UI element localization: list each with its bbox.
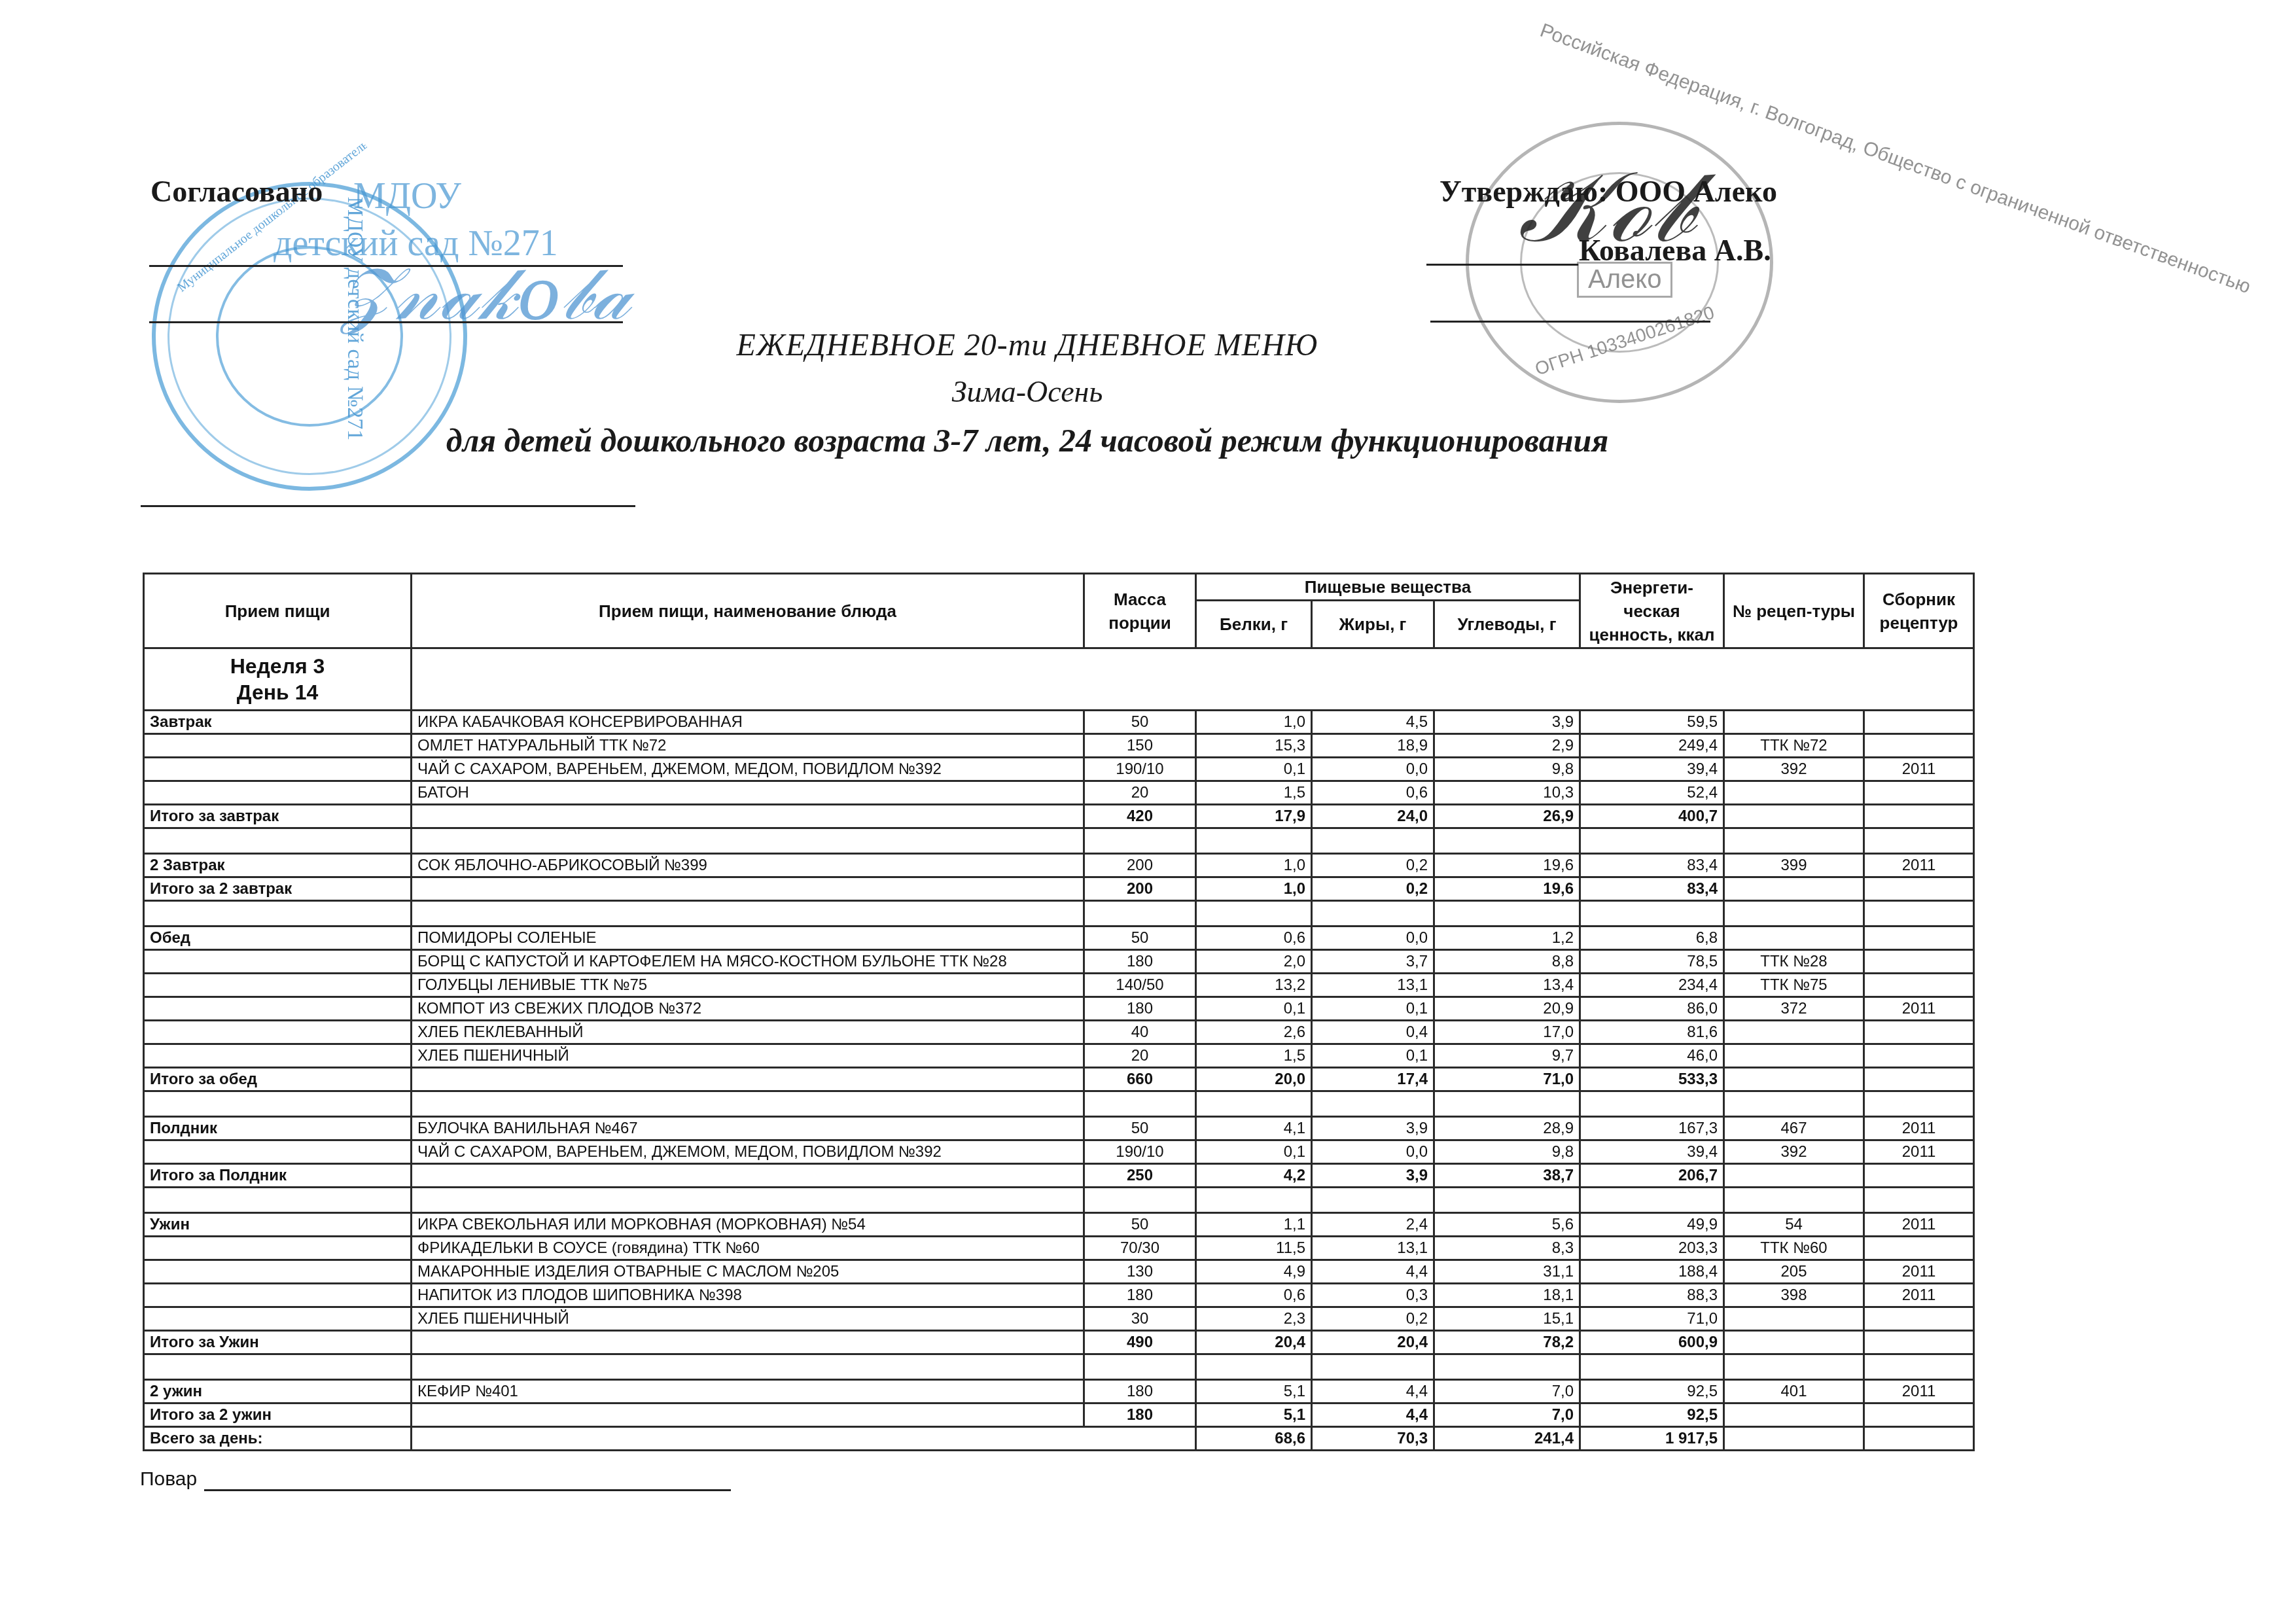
dish-collection xyxy=(1864,711,1974,734)
empty-cell xyxy=(1084,1354,1196,1380)
dish-fat: 4,4 xyxy=(1312,1380,1434,1403)
empty-cell xyxy=(412,1427,1196,1451)
dish-name: ОМЛЕТ НАТУРАЛЬНЫЙ ТТК №72 xyxy=(412,734,1084,758)
total-label: Итого за завтрак xyxy=(144,805,412,828)
dish-mass: 50 xyxy=(1084,927,1196,950)
dish-energy: 188,4 xyxy=(1580,1260,1724,1284)
empty-cell xyxy=(1580,828,1724,854)
spacer-row xyxy=(144,1091,1974,1117)
empty-cell xyxy=(1196,1091,1312,1117)
dish-energy: 39,4 xyxy=(1580,758,1724,781)
dish-collection xyxy=(1864,974,1974,997)
dish-collection xyxy=(1864,950,1974,974)
dish-collection: 2011 xyxy=(1864,1213,1974,1237)
col-header-meal: Прием пищи xyxy=(144,574,412,648)
total-carbs: 7,0 xyxy=(1434,1403,1580,1427)
dish-carbs: 15,1 xyxy=(1434,1307,1580,1331)
dish-recipe: 398 xyxy=(1724,1284,1864,1307)
total-protein: 1,0 xyxy=(1196,877,1312,901)
dish-mass: 150 xyxy=(1084,734,1196,758)
empty-cell xyxy=(1580,1188,1724,1213)
dish-collection xyxy=(1864,1307,1974,1331)
empty-cell xyxy=(412,1354,1084,1380)
dish-collection: 2011 xyxy=(1864,758,1974,781)
empty-cell xyxy=(1312,1188,1434,1213)
col-header-energy: Энергети-ческая ценность, ккал xyxy=(1580,574,1724,648)
dish-collection: 2011 xyxy=(1864,854,1974,877)
dish-carbs: 9,8 xyxy=(1434,758,1580,781)
empty-cell xyxy=(412,877,1084,901)
empty-cell xyxy=(144,997,412,1021)
week-day-row: Неделя 3 День 14 xyxy=(144,648,1974,711)
dish-collection: 2011 xyxy=(1864,997,1974,1021)
col-header-protein: Белки, г xyxy=(1196,601,1312,648)
empty-cell xyxy=(1724,1164,1864,1188)
empty-cell xyxy=(144,974,412,997)
empty-cell xyxy=(412,1164,1084,1188)
total-carbs: 38,7 xyxy=(1434,1164,1580,1188)
total-carbs: 71,0 xyxy=(1434,1068,1580,1091)
empty-cell xyxy=(1724,1331,1864,1354)
dish-name: СОК ЯБЛОЧНО-АБРИКОСОВЫЙ №399 xyxy=(412,854,1084,877)
dish-recipe xyxy=(1724,1021,1864,1044)
dish-mass: 190/10 xyxy=(1084,758,1196,781)
empty-cell xyxy=(1196,1188,1312,1213)
signature-line-left-2 xyxy=(149,321,623,323)
dish-mass: 50 xyxy=(1084,1117,1196,1140)
empty-cell xyxy=(1434,901,1580,927)
dish-collection xyxy=(1864,1044,1974,1068)
meal-name: Завтрак xyxy=(144,711,412,734)
empty-cell xyxy=(412,828,1084,854)
dish-carbs: 17,0 xyxy=(1434,1021,1580,1044)
total-fat: 24,0 xyxy=(1312,805,1434,828)
meal-name: 2 ужин xyxy=(144,1380,412,1403)
total-carbs: 26,9 xyxy=(1434,805,1580,828)
total-label: Итого за 2 ужин xyxy=(144,1403,412,1427)
dish-mass: 30 xyxy=(1084,1307,1196,1331)
empty-cell xyxy=(1196,828,1312,854)
empty-cell xyxy=(1312,828,1434,854)
dish-name: ЧАЙ С САХАРОМ, ВАРЕНЬЕМ, ДЖЕМОМ, МЕДОМ, … xyxy=(412,1140,1084,1164)
dish-recipe: ТТК №72 xyxy=(1724,734,1864,758)
dish-name: БАТОН xyxy=(412,781,1084,805)
dish-collection: 2011 xyxy=(1864,1380,1974,1403)
dish-name: КОМПОТ ИЗ СВЕЖИХ ПЛОДОВ №372 xyxy=(412,997,1084,1021)
total-label: Итого за 2 завтрак xyxy=(144,877,412,901)
dish-mass: 180 xyxy=(1084,950,1196,974)
dish-row: ФРИКАДЕЛЬКИ В СОУСЕ (говядина) ТТК №6070… xyxy=(144,1237,1974,1260)
dish-row: ОМЛЕТ НАТУРАЛЬНЫЙ ТТК №7215015,318,92,92… xyxy=(144,734,1974,758)
dish-carbs: 10,3 xyxy=(1434,781,1580,805)
empty-cell xyxy=(1864,877,1974,901)
dish-carbs: 8,3 xyxy=(1434,1237,1580,1260)
dish-carbs: 7,0 xyxy=(1434,1380,1580,1403)
dish-carbs: 3,9 xyxy=(1434,711,1580,734)
empty-cell xyxy=(1724,805,1864,828)
dish-recipe: 205 xyxy=(1724,1260,1864,1284)
dish-carbs: 18,1 xyxy=(1434,1284,1580,1307)
dish-mass: 50 xyxy=(1084,1213,1196,1237)
total-protein: 4,2 xyxy=(1196,1164,1312,1188)
dish-energy: 6,8 xyxy=(1580,927,1724,950)
dish-recipe: ТТК №75 xyxy=(1724,974,1864,997)
total-carbs: 78,2 xyxy=(1434,1331,1580,1354)
total-energy: 206,7 xyxy=(1580,1164,1724,1188)
dish-recipe xyxy=(1724,781,1864,805)
dish-protein: 11,5 xyxy=(1196,1237,1312,1260)
empty-cell xyxy=(1196,901,1312,927)
meal-total-row: Итого за 2 завтрак2001,00,219,683,4 xyxy=(144,877,1974,901)
col-header-carbs: Углеводы, г xyxy=(1434,601,1580,648)
dish-energy: 234,4 xyxy=(1580,974,1724,997)
week-label: Неделя 3 xyxy=(150,653,405,679)
empty-cell xyxy=(1084,1188,1196,1213)
dish-fat: 0,2 xyxy=(1312,1307,1434,1331)
dish-mass: 180 xyxy=(1084,997,1196,1021)
dish-mass: 200 xyxy=(1084,854,1196,877)
empty-cell xyxy=(1864,1331,1974,1354)
dish-energy: 49,9 xyxy=(1580,1213,1724,1237)
empty-cell xyxy=(144,950,412,974)
spacer-row xyxy=(144,828,1974,854)
dish-energy: 92,5 xyxy=(1580,1380,1724,1403)
total-mass: 660 xyxy=(1084,1068,1196,1091)
spacer-row xyxy=(144,901,1974,927)
dish-carbs: 9,8 xyxy=(1434,1140,1580,1164)
empty-cell xyxy=(1084,901,1196,927)
total-label: Итого за Ужин xyxy=(144,1331,412,1354)
dish-recipe: 54 xyxy=(1724,1213,1864,1237)
total-carbs: 19,6 xyxy=(1434,877,1580,901)
dish-protein: 1,1 xyxy=(1196,1213,1312,1237)
dish-name: НАПИТОК ИЗ ПЛОДОВ ШИПОВНИКА №398 xyxy=(412,1284,1084,1307)
dish-protein: 0,6 xyxy=(1196,927,1312,950)
total-fat: 4,4 xyxy=(1312,1403,1434,1427)
total-energy: 400,7 xyxy=(1580,805,1724,828)
day-total-carbs: 241,4 xyxy=(1434,1427,1580,1451)
dish-mass: 50 xyxy=(1084,711,1196,734)
dish-recipe: 467 xyxy=(1724,1117,1864,1140)
dish-mass: 190/10 xyxy=(1084,1140,1196,1164)
dish-protein: 2,0 xyxy=(1196,950,1312,974)
stamp-overlay-text: МДОУ xyxy=(353,175,461,217)
total-fat: 20,4 xyxy=(1312,1331,1434,1354)
dish-fat: 4,4 xyxy=(1312,1260,1434,1284)
empty-cell xyxy=(1864,1188,1974,1213)
dish-energy: 167,3 xyxy=(1580,1117,1724,1140)
approved-right-signatory: Ковалева А.В. xyxy=(1579,233,1771,268)
dish-carbs: 8,8 xyxy=(1434,950,1580,974)
dish-protein: 1,0 xyxy=(1196,711,1312,734)
dish-collection xyxy=(1864,734,1974,758)
dish-recipe: 392 xyxy=(1724,758,1864,781)
empty-cell xyxy=(1864,805,1974,828)
empty-cell xyxy=(1312,1091,1434,1117)
dish-fat: 2,4 xyxy=(1312,1213,1434,1237)
dish-carbs: 13,4 xyxy=(1434,974,1580,997)
empty-cell xyxy=(144,1307,412,1331)
empty-cell xyxy=(144,1188,412,1213)
dish-energy: 86,0 xyxy=(1580,997,1724,1021)
dish-recipe xyxy=(1724,927,1864,950)
dish-row: КОМПОТ ИЗ СВЕЖИХ ПЛОДОВ №3721800,10,120,… xyxy=(144,997,1974,1021)
dish-row: 2 ЗавтракСОК ЯБЛОЧНО-АБРИКОСОВЫЙ №399200… xyxy=(144,854,1974,877)
menu-table: Прием пищи Прием пищи, наименование блюд… xyxy=(143,573,1975,1451)
dish-row: ОбедПОМИДОРЫ СОЛЕНЫЕ500,60,01,26,8 xyxy=(144,927,1974,950)
col-header-mass: Масса порции xyxy=(1084,574,1196,648)
empty-cell xyxy=(1434,1188,1580,1213)
dish-collection xyxy=(1864,781,1974,805)
dish-protein: 0,1 xyxy=(1196,758,1312,781)
empty-cell xyxy=(1580,1091,1724,1117)
menu-subtitle: для детей дошкольного возраста 3-7 лет, … xyxy=(79,421,1976,459)
dish-row: НАПИТОК ИЗ ПЛОДОВ ШИПОВНИКА №3981800,60,… xyxy=(144,1284,1974,1307)
dish-row: ХЛЕБ ПШЕНИЧНЫЙ302,30,215,171,0 xyxy=(144,1307,1974,1331)
meal-name: Обед xyxy=(144,927,412,950)
dish-collection: 2011 xyxy=(1864,1260,1974,1284)
dish-recipe: ТТК №28 xyxy=(1724,950,1864,974)
empty-cell xyxy=(1580,1354,1724,1380)
dish-row: ЧАЙ С САХАРОМ, ВАРЕНЬЕМ, ДЖЕМОМ, МЕДОМ, … xyxy=(144,1140,1974,1164)
empty-cell xyxy=(1196,1354,1312,1380)
total-mass: 180 xyxy=(1084,1403,1196,1427)
total-mass: 420 xyxy=(1084,805,1196,828)
dish-mass: 40 xyxy=(1084,1021,1196,1044)
meal-name: Полдник xyxy=(144,1117,412,1140)
cook-label: Повар xyxy=(140,1468,197,1491)
total-mass: 200 xyxy=(1084,877,1196,901)
col-header-nutrients: Пищевые вещества xyxy=(1196,574,1580,601)
week-day-label: Неделя 3 День 14 xyxy=(144,648,412,711)
meal-total-row: Итого за Полдник2504,23,938,7206,7 xyxy=(144,1164,1974,1188)
dish-name: ХЛЕБ ПШЕНИЧНЫЙ xyxy=(412,1044,1084,1068)
dish-energy: 39,4 xyxy=(1580,1140,1724,1164)
menu-season: Зима-Осень xyxy=(79,374,1976,409)
dish-collection: 2011 xyxy=(1864,1140,1974,1164)
empty-cell xyxy=(144,1260,412,1284)
dish-row: ЗавтракИКРА КАБАЧКОВАЯ КОНСЕРВИРОВАННАЯ5… xyxy=(144,711,1974,734)
total-label: Итого за Полдник xyxy=(144,1164,412,1188)
empty-cell xyxy=(1434,828,1580,854)
empty-cell xyxy=(1864,1091,1974,1117)
dish-row: БОРЩ С КАПУСТОЙ И КАРТОФЕЛЕМ НА МЯСО-КОС… xyxy=(144,950,1974,974)
empty-cell xyxy=(1724,1354,1864,1380)
dish-fat: 0,2 xyxy=(1312,854,1434,877)
dish-row: ХЛЕБ ПЕКЛЕВАННЫЙ402,60,417,081,6 xyxy=(144,1021,1974,1044)
total-protein: 17,9 xyxy=(1196,805,1312,828)
signature-line-right-1 xyxy=(1426,264,1578,266)
empty-cell xyxy=(1434,1354,1580,1380)
dish-protein: 2,6 xyxy=(1196,1021,1312,1044)
empty-cell xyxy=(1724,877,1864,901)
dish-row: ПолдникБУЛОЧКА ВАНИЛЬНАЯ №467504,13,928,… xyxy=(144,1117,1974,1140)
empty-cell xyxy=(144,1284,412,1307)
dish-energy: 46,0 xyxy=(1580,1044,1724,1068)
spacer-row xyxy=(144,1188,1974,1213)
empty-cell xyxy=(1864,1068,1974,1091)
empty-cell xyxy=(1724,1403,1864,1427)
empty-cell xyxy=(1864,1354,1974,1380)
dish-energy: 249,4 xyxy=(1580,734,1724,758)
dish-protein: 2,3 xyxy=(1196,1307,1312,1331)
dish-row: 2 ужинКЕФИР №4011805,14,47,092,54012011 xyxy=(144,1380,1974,1403)
empty-cell xyxy=(144,1354,412,1380)
col-header-dish: Прием пищи, наименование блюда xyxy=(412,574,1084,648)
empty-cell xyxy=(1864,901,1974,927)
dish-carbs: 1,2 xyxy=(1434,927,1580,950)
col-header-recipe: № рецеп-туры xyxy=(1724,574,1864,648)
dish-fat: 4,5 xyxy=(1312,711,1434,734)
dish-protein: 5,1 xyxy=(1196,1380,1312,1403)
col-header-collection: Сборник рецептур xyxy=(1864,574,1974,648)
empty-cell xyxy=(1864,1164,1974,1188)
dish-carbs: 31,1 xyxy=(1434,1260,1580,1284)
dish-carbs: 2,9 xyxy=(1434,734,1580,758)
meal-name: 2 Завтрак xyxy=(144,854,412,877)
day-total-fat: 70,3 xyxy=(1312,1427,1434,1451)
dish-recipe xyxy=(1724,711,1864,734)
dish-collection xyxy=(1864,927,1974,950)
empty-cell xyxy=(144,1237,412,1260)
dish-name: ГОЛУБЦЫ ЛЕНИВЫЕ ТТК №75 xyxy=(412,974,1084,997)
dish-recipe: 392 xyxy=(1724,1140,1864,1164)
empty-cell xyxy=(144,901,412,927)
dish-protein: 0,1 xyxy=(1196,997,1312,1021)
total-energy: 533,3 xyxy=(1580,1068,1724,1091)
dish-row: ЧАЙ С САХАРОМ, ВАРЕНЬЕМ, ДЖЕМОМ, МЕДОМ, … xyxy=(144,758,1974,781)
dish-protein: 1,5 xyxy=(1196,1044,1312,1068)
empty-cell xyxy=(1084,828,1196,854)
dish-energy: 83,4 xyxy=(1580,854,1724,877)
dish-collection xyxy=(1864,1021,1974,1044)
dish-energy: 81,6 xyxy=(1580,1021,1724,1044)
cook-signature-line xyxy=(204,1489,731,1491)
dish-collection: 2011 xyxy=(1864,1117,1974,1140)
empty-cell xyxy=(144,1140,412,1164)
total-protein: 20,0 xyxy=(1196,1068,1312,1091)
dish-recipe: 372 xyxy=(1724,997,1864,1021)
total-energy: 92,5 xyxy=(1580,1403,1724,1427)
dish-energy: 78,5 xyxy=(1580,950,1724,974)
dish-row: УжинИКРА СВЕКОЛЬНАЯ ИЛИ МОРКОВНАЯ (МОРКО… xyxy=(144,1213,1974,1237)
empty-cell xyxy=(412,805,1084,828)
dish-mass: 130 xyxy=(1084,1260,1196,1284)
dish-fat: 0,1 xyxy=(1312,997,1434,1021)
empty-cell xyxy=(144,1091,412,1117)
dish-name: ИКРА КАБАЧКОВАЯ КОНСЕРВИРОВАННАЯ xyxy=(412,711,1084,734)
menu-title: ЕЖЕДНЕВНОЕ 20-ти ДНЕВНОЕ МЕНЮ xyxy=(79,327,1976,363)
empty-cell xyxy=(144,781,412,805)
meal-total-row: Итого за Ужин49020,420,478,2600,9 xyxy=(144,1331,1974,1354)
signature-line-left-1 xyxy=(149,265,623,267)
dish-row: ХЛЕБ ПШЕНИЧНЫЙ201,50,19,746,0 xyxy=(144,1044,1974,1068)
dish-protein: 0,6 xyxy=(1196,1284,1312,1307)
dish-fat: 0,0 xyxy=(1312,758,1434,781)
total-protein: 20,4 xyxy=(1196,1331,1312,1354)
empty-cell xyxy=(412,1331,1084,1354)
approved-left-label: Согласовано xyxy=(150,174,323,209)
meal-name: Ужин xyxy=(144,1213,412,1237)
empty-cell xyxy=(144,1021,412,1044)
dish-fat: 0,1 xyxy=(1312,1044,1434,1068)
dish-name: КЕФИР №401 xyxy=(412,1380,1084,1403)
empty-cell xyxy=(1312,901,1434,927)
empty-cell xyxy=(1864,828,1974,854)
empty-cell xyxy=(1724,1427,1864,1451)
dish-fat: 0,6 xyxy=(1312,781,1434,805)
empty-cell xyxy=(412,1068,1084,1091)
dish-row: ГОЛУБЦЫ ЛЕНИВЫЕ ТТК №75140/5013,213,113,… xyxy=(144,974,1974,997)
dish-fat: 13,1 xyxy=(1312,1237,1434,1260)
total-label: Итого за обед xyxy=(144,1068,412,1091)
dish-carbs: 5,6 xyxy=(1434,1213,1580,1237)
dish-name: ПОМИДОРЫ СОЛЕНЫЕ xyxy=(412,927,1084,950)
dish-collection: 2011 xyxy=(1864,1284,1974,1307)
dish-mass: 180 xyxy=(1084,1284,1196,1307)
day-total-row: Всего за день:68,670,3241,41 917,5 xyxy=(144,1427,1974,1451)
dish-mass: 70/30 xyxy=(1084,1237,1196,1260)
empty-cell xyxy=(1580,901,1724,927)
meal-total-row: Итого за обед66020,017,471,0533,3 xyxy=(144,1068,1974,1091)
dish-recipe: ТТК №60 xyxy=(1724,1237,1864,1260)
total-fat: 17,4 xyxy=(1312,1068,1434,1091)
total-fat: 0,2 xyxy=(1312,877,1434,901)
empty-cell xyxy=(144,758,412,781)
day-label: День 14 xyxy=(150,679,405,705)
empty-cell xyxy=(412,901,1084,927)
dish-fat: 13,1 xyxy=(1312,974,1434,997)
dish-fat: 3,9 xyxy=(1312,1117,1434,1140)
dish-row: МАКАРОННЫЕ ИЗДЕЛИЯ ОТВАРНЫЕ С МАСЛОМ №20… xyxy=(144,1260,1974,1284)
empty-cell xyxy=(1724,1091,1864,1117)
empty-cell xyxy=(1312,1354,1434,1380)
dish-carbs: 19,6 xyxy=(1434,854,1580,877)
empty-cell xyxy=(144,828,412,854)
total-energy: 600,9 xyxy=(1580,1331,1724,1354)
dish-fat: 18,9 xyxy=(1312,734,1434,758)
dish-energy: 203,3 xyxy=(1580,1237,1724,1260)
dish-protein: 1,0 xyxy=(1196,854,1312,877)
dish-protein: 4,9 xyxy=(1196,1260,1312,1284)
dish-recipe: 401 xyxy=(1724,1380,1864,1403)
total-mass: 250 xyxy=(1084,1164,1196,1188)
dish-fat: 0,3 xyxy=(1312,1284,1434,1307)
dish-row: БАТОН201,50,610,352,4 xyxy=(144,781,1974,805)
day-total-energy: 1 917,5 xyxy=(1580,1427,1724,1451)
total-fat: 3,9 xyxy=(1312,1164,1434,1188)
dish-energy: 71,0 xyxy=(1580,1307,1724,1331)
dish-recipe: 399 xyxy=(1724,854,1864,877)
signature-line-right-2 xyxy=(1430,321,1710,323)
empty-cell xyxy=(412,1403,1084,1427)
dish-fat: 3,7 xyxy=(1312,950,1434,974)
dish-name: ХЛЕБ ПШЕНИЧНЫЙ xyxy=(412,1307,1084,1331)
dish-energy: 88,3 xyxy=(1580,1284,1724,1307)
dish-protein: 0,1 xyxy=(1196,1140,1312,1164)
empty-cell xyxy=(1434,1091,1580,1117)
empty-cell xyxy=(1724,1188,1864,1213)
dish-recipe xyxy=(1724,1307,1864,1331)
dish-mass: 140/50 xyxy=(1084,974,1196,997)
signature-line-left-3 xyxy=(141,505,635,507)
dish-fat: 0,4 xyxy=(1312,1021,1434,1044)
dish-name: ФРИКАДЕЛЬКИ В СОУСЕ (говядина) ТТК №60 xyxy=(412,1237,1084,1260)
empty-cell xyxy=(1724,828,1864,854)
dish-recipe xyxy=(1724,1044,1864,1068)
day-total-label: Всего за день: xyxy=(144,1427,412,1451)
dish-protein: 4,1 xyxy=(1196,1117,1312,1140)
